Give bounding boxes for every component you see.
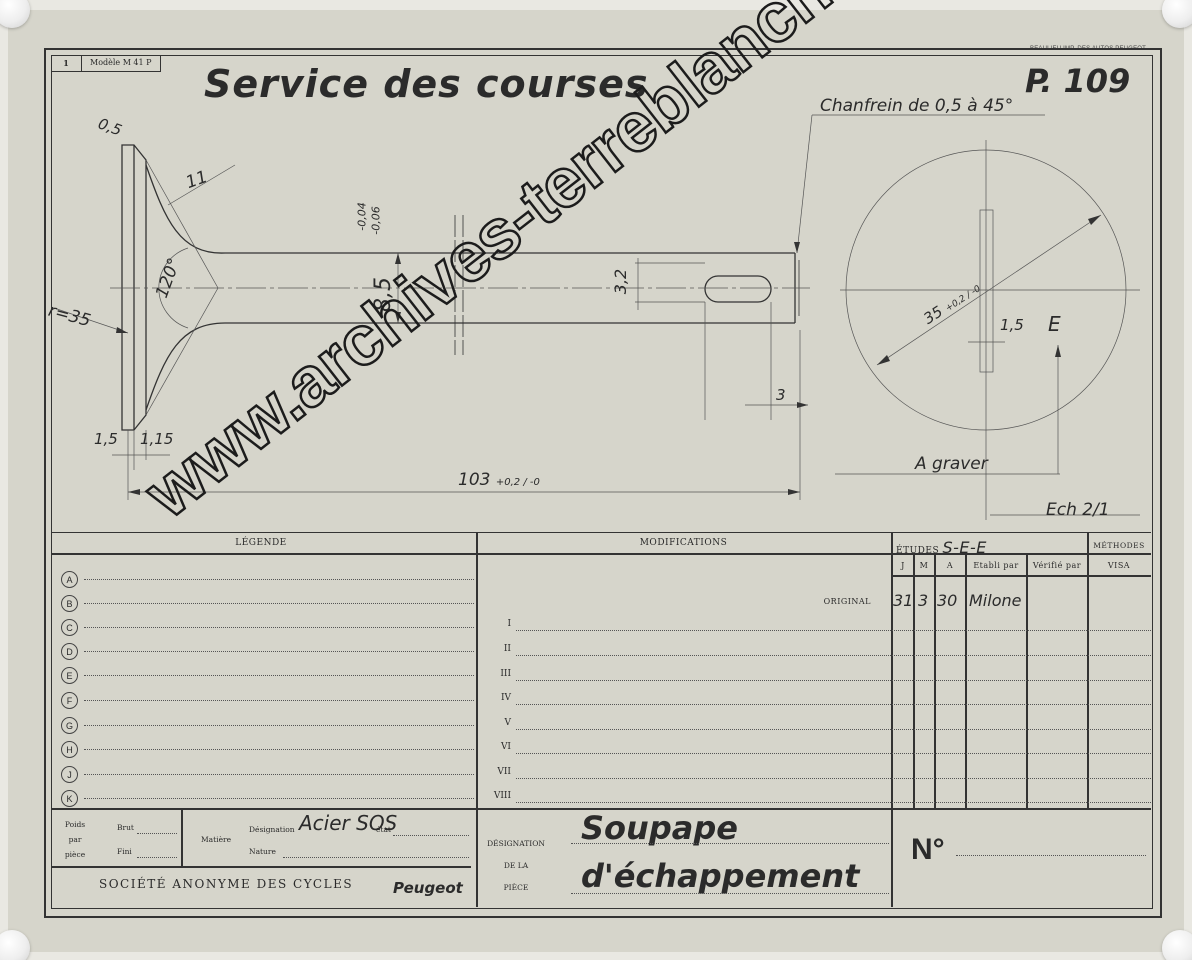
designation-label: Désignation [249, 825, 295, 834]
part-name-line1: Soupape [581, 809, 738, 847]
stem-diameter-dim: 8,5 [371, 277, 396, 312]
legend-item: B [61, 595, 474, 612]
divider [51, 866, 471, 868]
legend-item: E [61, 667, 474, 684]
title-block: LÉGENDE MODIFICATIONS ÉTUDES S-E-E MÉTHO… [51, 532, 1151, 908]
legend-item: A [61, 571, 474, 588]
original-drawn-by: Milone [969, 591, 1021, 610]
mod-row-label: VIII [471, 791, 511, 801]
original-label: ORIGINAL [791, 597, 871, 606]
divider [181, 808, 183, 866]
mod-row-label: V [471, 718, 511, 728]
total-length-value: 103 [458, 470, 490, 490]
legend-item: H [61, 741, 474, 758]
head-thickness-1: 1,5 [94, 430, 118, 448]
divider [891, 575, 1151, 577]
col-checked-by: Vérifié par [1027, 561, 1087, 570]
mod-row-label: VII [471, 767, 511, 777]
etat-label: état [376, 825, 391, 834]
legend-item: F [61, 692, 474, 709]
etudes-label: ÉTUDES [896, 546, 939, 556]
weight-label: Poids par pièce [55, 817, 95, 862]
col-month: M [914, 561, 934, 570]
divider [891, 808, 893, 907]
methodes-title: MÉTHODES [1087, 541, 1151, 550]
divider [51, 553, 476, 555]
material-label: Matière [201, 835, 231, 844]
chamfer-note: Chanfrein de 0,5 à 45° [820, 96, 1013, 116]
original-month: 3 [918, 591, 928, 610]
engrave-mark: E [1048, 312, 1061, 336]
divider [965, 555, 967, 808]
legend-title: LÉGENDE [51, 538, 471, 548]
modifications-title: MODIFICATIONS [476, 538, 891, 548]
weight-fini-label: Fini [117, 847, 132, 856]
company-brand: Peugeot [393, 879, 463, 897]
part-name-line2: d'échappement [581, 857, 859, 895]
mod-row-label: I [471, 619, 511, 629]
part-designation-label: DÉSIGNATION DE LA PIÈCE [486, 833, 546, 899]
legend-item: J [61, 766, 474, 783]
slot-offset-dim: 3 [776, 386, 786, 404]
scale-label: Ech 2/1 [1046, 500, 1110, 520]
part-number-label: N° [911, 833, 945, 867]
mod-row-label: IV [471, 693, 511, 703]
nature-label: Nature [249, 847, 276, 856]
divider [476, 553, 891, 555]
stem-tol-lower: -0,06 [370, 206, 383, 234]
legend-item: C [61, 619, 474, 636]
original-year: 30 [937, 591, 957, 610]
total-length-dim: 103 +0,2 / -0 [458, 470, 540, 490]
original-day: 31 [893, 591, 913, 610]
part-number-field [956, 855, 1146, 856]
legend-item: K [61, 790, 474, 807]
legend-item: D [61, 643, 474, 660]
engrave-width-dim: 1,5 [1000, 316, 1024, 334]
etudes-service: S-E-E [942, 538, 986, 557]
slot-width-dim: 3,2 [611, 269, 630, 294]
divider [934, 555, 936, 808]
col-visa: VISA [1087, 561, 1151, 570]
company-name: SOCIÉTÉ ANONYME DES CYCLES [99, 877, 353, 891]
total-length-tol: +0,2 / -0 [496, 477, 540, 488]
legend-item: G [61, 717, 474, 734]
stem-tol-upper: -0,04 [356, 202, 369, 230]
mod-row-label: III [471, 669, 511, 679]
etudes-title: ÉTUDES S-E-E [896, 538, 987, 557]
engrave-note: A graver [915, 454, 988, 474]
col-year: A [935, 561, 965, 570]
mod-row-label: VI [471, 742, 511, 752]
mod-row-label: II [471, 644, 511, 654]
weight-brut-label: Brut [117, 823, 134, 832]
divider [1026, 555, 1028, 808]
col-drawn-by: Etabli par [966, 561, 1026, 570]
col-day: J [893, 561, 913, 570]
head-thickness-2: 1,15 [140, 430, 173, 448]
